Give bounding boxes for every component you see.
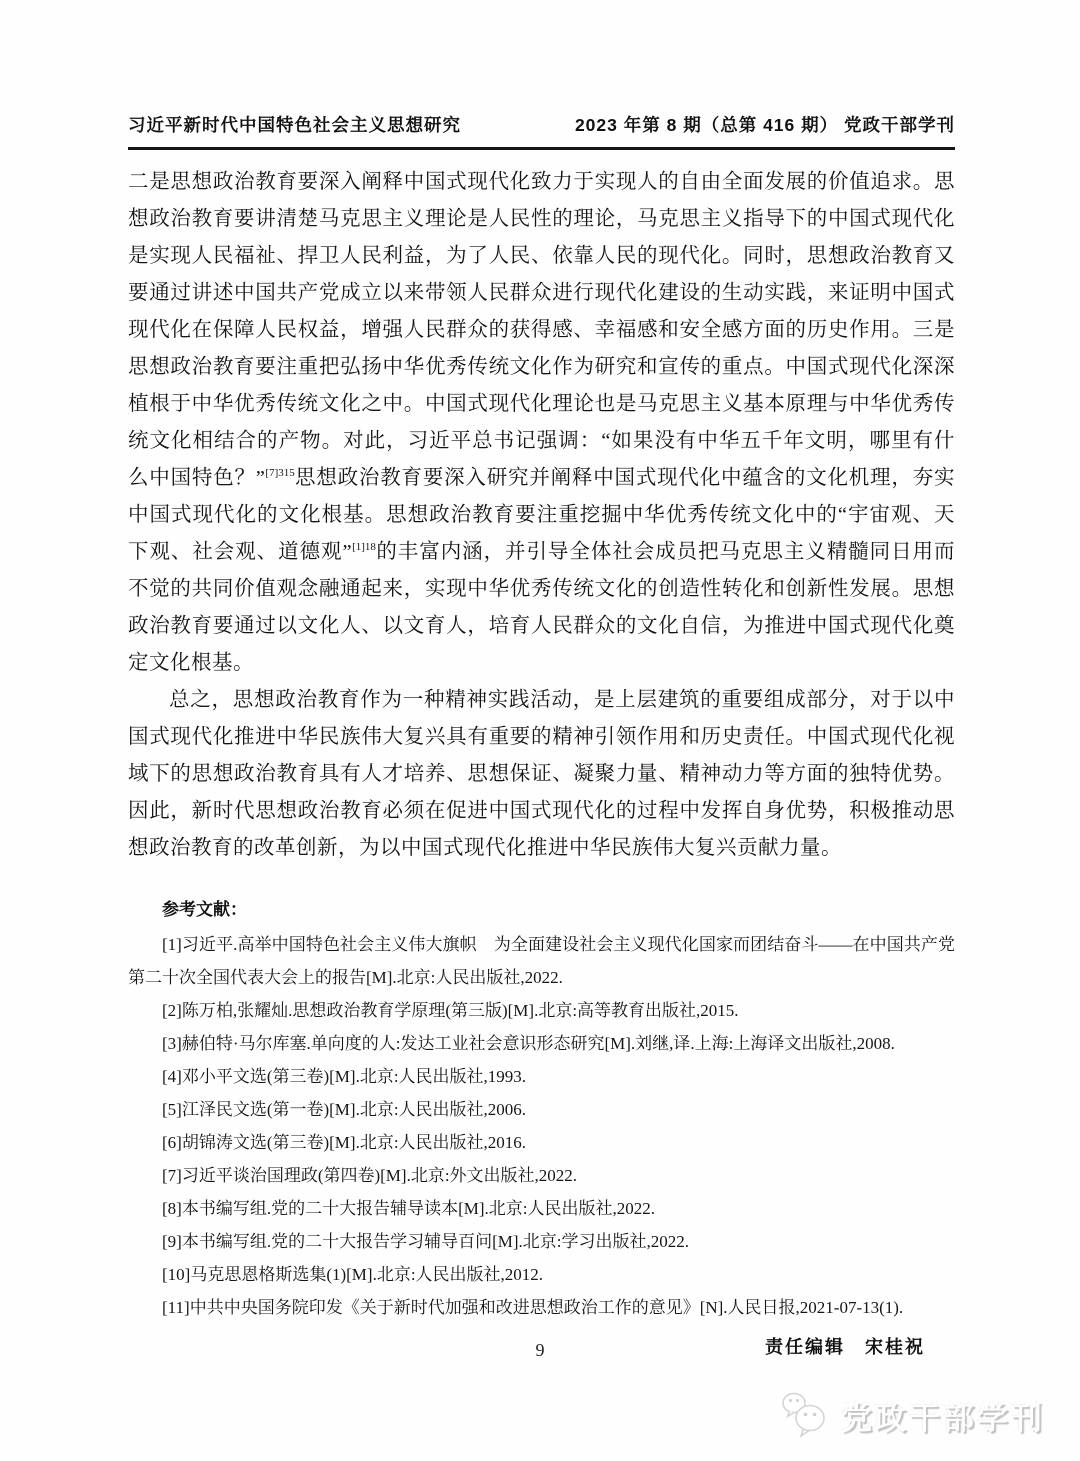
header-issue-info: 2023 年第 8 期（总第 416 期） 党政干部学刊 [575,112,955,137]
citation-superscript-1: [7]315 [265,467,294,479]
paragraph-2: 总之，思想政治教育作为一种精神实践活动，是上层建筑的重要组成部分，对于以中国式现… [128,682,955,867]
reference-item: [6]胡锦涛文选(第三卷)[M].北京:人民出版社,2016. [128,1126,955,1159]
page-number: 9 [0,1340,1080,1361]
reference-item: [11]中共中央国务院印发《关于新时代加强和改进思想政治工作的意见》[N].人民… [128,1291,955,1324]
reference-item: [4]邓小平文选(第三卷)[M].北京:人民出版社,1993. [128,1060,955,1093]
reference-item: [9]本书编写组.党的二十大报告学习辅导百问[M].北京:学习出版社,2022. [128,1225,955,1258]
reference-item: [1]习近平.高举中国特色社会主义伟大旗帜 为全面建设社会主义现代化国家而团结奋… [128,928,955,994]
reference-item: [7]习近平谈治国理政(第四卷)[M].北京:外文出版社,2022. [128,1159,955,1192]
references-section: 参考文献： [1]习近平.高举中国特色社会主义伟大旗帜 为全面建设社会主义现代化… [128,893,955,1324]
references-heading: 参考文献： [128,893,955,926]
watermark-journal-name: 党政干部学刊 [841,1393,1045,1438]
reference-item: [10]马克思恩格斯选集(1)[M].北京:人民出版社,2012. [128,1258,955,1291]
citation-superscript-2: [1]18 [352,541,376,553]
reference-item: [2]陈万柏,张耀灿.思想政治教育学原理(第三版)[M].北京:高等教育出版社,… [128,994,955,1027]
journal-page: 习近平新时代中国特色社会主义思想研究 2023 年第 8 期（总第 416 期）… [0,0,1080,1461]
running-header: 习近平新时代中国特色社会主义思想研究 2023 年第 8 期（总第 416 期）… [128,112,955,150]
header-section-title: 习近平新时代中国特色社会主义思想研究 [128,112,461,137]
reference-item: [8]本书编写组.党的二十大报告辅导读本[M].北京:人民出版社,2022. [128,1192,955,1225]
paragraph-1: 二是思想政治教育要深入阐释中国式现代化致力于实现人的自由全面发展的价值追求。思想… [128,164,955,682]
article-body: 二是思想政治教育要深入阐释中国式现代化致力于实现人的自由全面发展的价值追求。思想… [128,164,955,867]
wechat-icon [779,1390,831,1440]
reference-item: [5]江泽民文选(第一卷)[M].北京:人民出版社,2006. [128,1093,955,1126]
reference-item: [3]赫伯特·马尔库塞.单向度的人:发达工业社会意识形态研究[M].刘继,译.上… [128,1027,955,1060]
journal-watermark: 党政干部学刊 [779,1390,1045,1440]
page-content: 习近平新时代中国特色社会主义思想研究 2023 年第 8 期（总第 416 期）… [0,0,1080,1359]
paragraph-1-text-a: 二是思想政治教育要深入阐释中国式现代化致力于实现人的自由全面发展的价值追求。思想… [128,171,955,489]
